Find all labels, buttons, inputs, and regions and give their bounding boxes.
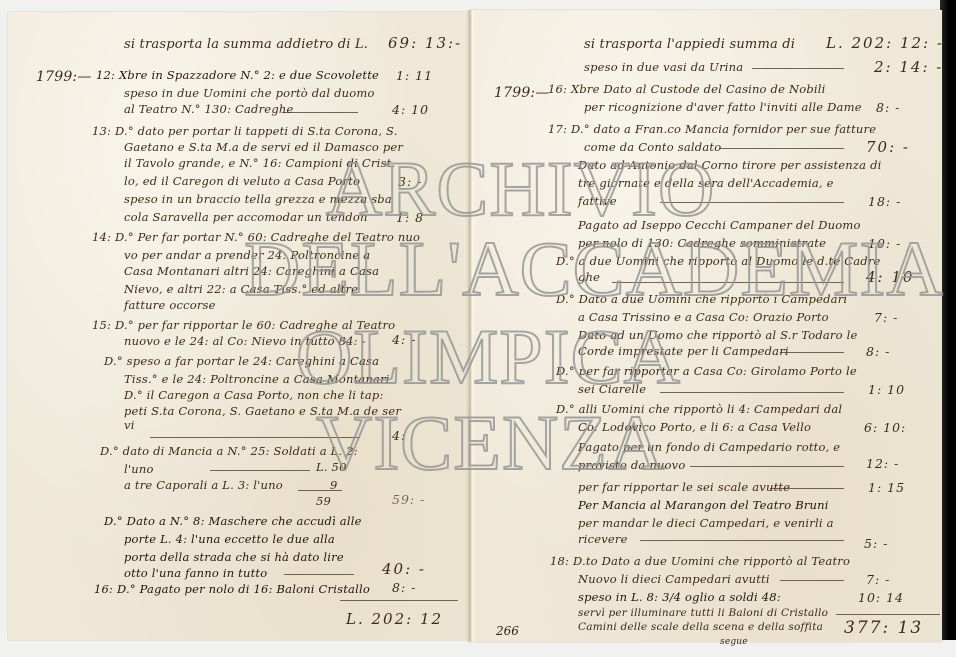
ledger-line: vi (124, 420, 135, 432)
ledger-line: Nuovo li dieci Campedari avutti (578, 574, 770, 586)
ledger-rule (210, 470, 310, 471)
ledger-amount: 1: 11 (396, 70, 433, 83)
ledger-rule (752, 68, 844, 69)
ledger-line: al Teatro N.° 130: Cadreghe (124, 104, 294, 116)
ledger-line: otto l'una fanno in tutto (124, 568, 267, 580)
ledger-line: D.° il Caregon a Casa Porto, non che li … (124, 390, 384, 402)
ledger-amount: 8: - (876, 102, 900, 115)
ledger-amount: 4: (392, 430, 406, 443)
ledger-line: fattive (578, 196, 617, 208)
left-page-total: L. 202: 12 (346, 612, 443, 627)
ledger-line: a Casa Trissino e a Casa Co: Orazio Port… (578, 312, 829, 324)
ledger-line: speso in due Uomini che portò dal duomo (124, 88, 375, 100)
ledger-line: D.° Dato a N.° 8: Maschere che accudì al… (104, 516, 362, 528)
scanner-edge (940, 0, 956, 640)
ledger-amount: 40: - (382, 562, 426, 577)
ledger-line: 16: D.° Pagato per nolo di 16: Baloni Cr… (94, 584, 370, 596)
ledger-line: D.° dato di Mancia a N.° 25: Soldati a L… (100, 446, 358, 458)
ledger-total-rule (836, 614, 940, 615)
ledger-amount: 10: 14 (858, 592, 904, 605)
ledger-amount: 4: 10 (392, 104, 429, 117)
ledger-line: provisto da nuovo (578, 460, 686, 472)
left-year-margin: 1799:— (36, 70, 92, 84)
ledger-rule (298, 490, 342, 491)
ledger-amount: 7: - (866, 574, 890, 587)
ledger-line: fatture occorse (124, 300, 216, 312)
ledger-rule (770, 488, 844, 489)
ledger-rule (640, 540, 844, 541)
ledger-line: servì per illuminare tutti li Baloni di … (578, 608, 828, 619)
ledger-line: l'uno (124, 464, 154, 476)
ledger-amount: 59: - (392, 494, 425, 507)
ledger-rule (284, 574, 354, 575)
ledger-line: per mandar le dieci Campedari, e venirli… (578, 518, 834, 530)
ledger-amount: 3: - (398, 176, 422, 189)
ledger-line: Gaetano e S.ta M.a de servi ed il Damasc… (124, 142, 403, 154)
ledger-line: Per Mancia al Marangon del Teatro Bruni (578, 500, 829, 512)
ledger-line: come da Conto saldato (584, 142, 721, 154)
ledger-total-rule (340, 600, 458, 601)
ledger-line: speso in un braccio tella grezza e mezza… (124, 194, 392, 206)
right-carry-forward-text: si trasporta l'appiedi summa di (584, 38, 795, 51)
ledger-line: Dato ad un Uomo che ripportò al S.r Toda… (578, 330, 858, 342)
ledger-amount: 1: 10 (868, 384, 905, 397)
ledger-line: 15: D.° per far ripportar le 60: Cadregh… (92, 320, 395, 332)
ledger-amount: 8: - (866, 346, 890, 359)
ledger-amount: 4: - (392, 334, 416, 347)
ledger-amount: 1: 8 (396, 212, 424, 225)
ledger-sub-amount: L. 50 (316, 462, 347, 474)
ledger-line: Camini delle scale della scena e della s… (578, 622, 823, 633)
ledger-rule (282, 112, 358, 113)
ledger-amount: 2: 14: - (874, 60, 943, 75)
ledger-line: lo, ed il Caregon di veluto a Casa Porto (124, 176, 360, 188)
ledger-line: Nievo, e altri 22: a Casa Tiss.° ed altr… (124, 284, 358, 296)
ledger-amount: 18: - (868, 196, 901, 209)
ledger-line: nuovo e le 24: al Co: Nievo in tutto 84:… (124, 336, 366, 348)
ledger-line: 13: D.° dato per portar li tappeti di S.… (92, 126, 398, 138)
ledger-line: Corde imprestate per li Campedari (578, 346, 789, 358)
page-fold (466, 10, 476, 642)
ledger-line: speso in L. 8: 3/4 oglio a soldi 48: (578, 592, 781, 604)
ledger-line: Casa Montanari altri 24: Careghini a Cas… (124, 266, 379, 278)
ledger-line: 14: D.° Per far portar N.° 60: Cadreghe … (92, 232, 420, 244)
ledger-rule (690, 466, 844, 467)
ledger-line: per ricognizione d'aver fatto l'inviti a… (584, 102, 862, 114)
ledger-line: 17: D.° dato a Fran.co Mancia fornidor p… (548, 124, 876, 136)
ledger-line: peti S.ta Corona, S. Gaetano e S.ta M.a … (124, 406, 401, 418)
ledger-line: per far ripportar le sei scale avutte (578, 482, 790, 494)
right-year-margin: 1799:— (494, 86, 550, 100)
left-carry-forward-text: si trasporta la summa addietro di L. (124, 38, 368, 51)
ledger-rule (720, 148, 844, 149)
ledger-amount: 7: - (874, 312, 898, 325)
ledger-line: Dato ad Antonio dal Corno tirore per ass… (578, 160, 882, 172)
ledger-rule (780, 352, 844, 353)
ledger-sub-total: 59 (316, 496, 331, 508)
ledger-rule (660, 392, 844, 393)
ledger-rule (150, 437, 360, 438)
ledger-line: Tiss.° e le 24: Poltroncine a Casa Monta… (124, 374, 390, 386)
archive-page-number: 266 (496, 624, 519, 638)
ledger-line: Pagato ad Iseppo Cecchi Campaner del Duo… (578, 220, 861, 232)
ledger-amount: 70: - (866, 140, 910, 155)
ledger-line: D.° a due Uomini che ripportò al Duomo l… (556, 256, 881, 268)
ledger-amount: 6: 10: (864, 422, 906, 435)
ledger-line: Pagato per un fondo di Campedario rotto,… (578, 442, 840, 454)
ledger-line: cola Saravella per accomodar un tendon (124, 212, 368, 224)
ledger-line: sei Ciarelle (578, 384, 646, 396)
ledger-line: Co: Lodovico Porto, e li 6: a Casa Vello (578, 422, 811, 434)
ledger-rule (780, 580, 844, 581)
continuation-note: segue (720, 638, 748, 647)
ledger-amount: 8: - (392, 582, 416, 595)
ledger-amount: 5: - (864, 538, 888, 551)
ledger-line: a tre Caporali a L. 3: l'uno (124, 480, 283, 492)
ledger-line: per nolo di 130: Cadreghe somministrate (578, 238, 826, 250)
ledger-line: D.° per far ripportar a Casa Co: Girolam… (556, 366, 857, 378)
ledger-rule (660, 202, 844, 203)
ledger-line: ricevere (578, 534, 628, 546)
ledger-amount: 1: 15 (868, 482, 905, 495)
ledger-rule (612, 282, 844, 283)
ledger-line: 16: Xbre Dato al Custode del Casino de N… (548, 84, 826, 96)
ledger-line: D.° speso a far portar le 24: Careghini … (104, 356, 379, 368)
right-page-total: 377: 13 (844, 620, 923, 637)
ledger-line: porta della strada che si hà dato lire (124, 552, 344, 564)
right-carry-forward-amount: L. 202: 12: - (826, 36, 944, 51)
ledger-line: vo per andar a prender 24: Poltroncine a (124, 250, 370, 262)
ledger-line: D.° alli Uomini che ripportò li 4: Campe… (556, 404, 842, 416)
ledger-line: ghe (578, 272, 600, 284)
ledger-amount: 4: 10 (866, 270, 914, 285)
ledger-line: speso in due vasi da Urina (584, 62, 743, 74)
ledger-line: 18: D.to Dato a due Uomini che ripportò … (550, 556, 850, 568)
left-carry-forward-amount: 69: 13:- (388, 36, 462, 51)
ledger-amount: 12: - (866, 458, 899, 471)
ledger-line: tre giornate e della sera dell'Accademia… (578, 178, 834, 190)
ledger-line: il Tavolo grande, e N.° 16: Campioni di … (124, 158, 395, 170)
ledger-line: 12: Xbre in Spazzadore N.° 2: e due Scov… (96, 70, 379, 82)
ledger-amount: 10: - (868, 238, 901, 251)
ledger-line: porte L. 4: l'una eccetto le due alla (124, 534, 335, 546)
ledger-line: D.° Dato a due Uomini che ripportò i Cam… (556, 294, 847, 306)
